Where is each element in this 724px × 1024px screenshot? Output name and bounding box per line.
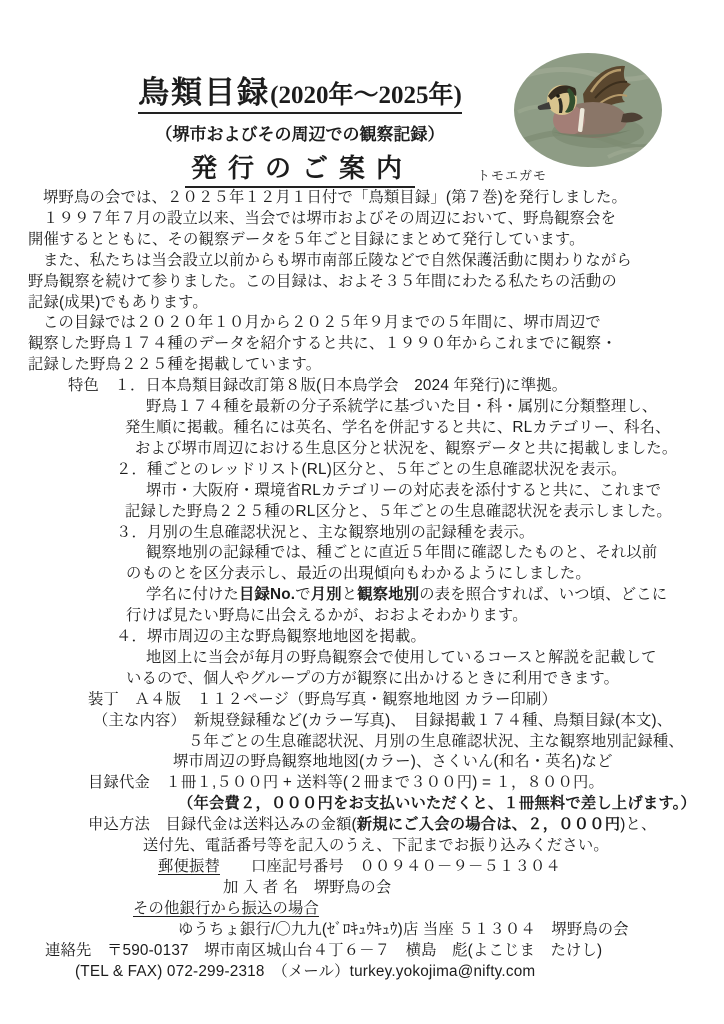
application-line: 申込方法 目録代金は送料込みの金額(新規にご入会の場合は、２，０００円)と、 [28, 815, 698, 836]
by-site-bold: 観察地別 [357, 586, 419, 603]
account-number: 口座記号番号 ００９４０－９－５１３０４ [220, 858, 561, 875]
feature-1-line-2: 発生順に掲載。種名には英名、学名を併記すると共に、RLカテゴリー、科名、 [28, 418, 698, 439]
document-title: 鳥類目録(2020年～2025年) [138, 76, 462, 114]
bank-account-line: ゆうちょ銀行/〇九九(ｾﾞﾛｷｭｳｷｭｳ)店 当座 ５１３０４ 堺野鳥の会 [28, 920, 698, 941]
feature-4-line-2: いるので、個人やグループの方が観察に出かけるときに利用できます。 [28, 669, 698, 690]
application-post: )と、 [620, 816, 656, 833]
catalog-no-bold: 目録No. [239, 586, 295, 603]
intro-line-4: また、私たちは当会設立以前からも堺市南部丘陵などで自然保護活動に関わりながら [28, 251, 698, 272]
feature-3-line-3-mid1: で [295, 586, 311, 603]
header: 鳥類目録(2020年～2025年) （堺市およびその周辺での観察記録） 発行のご… [0, 0, 724, 188]
feature-3-line-2: のものとを区分表示し、最近の出現傾向もわかるようにしました。 [28, 564, 698, 585]
application-pre: 申込方法 目録代金は送料込みの金額( [88, 816, 357, 833]
feature-1-line-1: 野鳥１７４種を最新の分子系統学に基づいた目・科・属別に分類整理し、 [28, 397, 698, 418]
feature-3-line-3-pre: 学名に付けた [146, 586, 239, 603]
price-line: 目録代金 １冊１,５００円 + 送料等(２冊まで３００円) = １，８００円。 [28, 773, 698, 794]
binding-line: 装丁 Ａ４版 １１２ページ（野鳥写真・観察地地図 カラー印刷） [28, 690, 698, 711]
contents-line-1: （主な内容） 新規登録種など(カラー写真)、 目録掲載１７４種、鳥類目録(本文)… [28, 711, 698, 732]
photo-caption: トモエガモ [477, 165, 547, 184]
application-line-2: 送付先、電話番号等を記入のうえ、下記までお振り込みください。 [28, 836, 698, 857]
feature-2-heading: ２．種ごとのレッドリスト(RL)区分と、５年ごとの生息確認状況を表示。 [28, 460, 698, 481]
feature-2-line-2: 記録した野鳥２２５種のRL区分と、５年ごとの生息確認状況を表示しました。 [28, 502, 698, 523]
contents-line-2: ５年ごとの生息確認状況、月別の生息確認状況、主な観察地別記録種、 [28, 732, 698, 753]
new-member-bold: 新規にご入会の場合は、２，０００円 [357, 816, 620, 833]
feature-1-line-3: および堺市周辺における生息区分と状況を、観察データと共に掲載しました。 [28, 439, 698, 460]
title-main: 鳥類目録 [138, 75, 270, 110]
feature-3-heading: ３．月別の生息確認状況と、主な観察地別の記録種を表示。 [28, 523, 698, 544]
postal-transfer-line: 郵便振替 口座記号番号 ００９４０－９－５１３０４ [28, 857, 698, 878]
contents-line-3: 堺市周辺の野鳥観察地地図(カラー)、さくいん(和名・英名)など [28, 752, 698, 773]
postal-transfer-label: 郵便振替 [158, 858, 220, 875]
intro-line-1: 堺野鳥の会では、２０２５年１２月１日付で「鳥類目録」(第７巻)を発行しました。 [28, 188, 698, 209]
feature-4-heading: ４．堺市周辺の主な野鳥観察地地図を掲載。 [28, 627, 698, 648]
intro-line-8: 観察した野鳥１７４種のデータを紹介すると共に、１９９０年からこれまでに観察・ [28, 334, 698, 355]
intro-line-3: 開催するとともに、その観察データを５年ごと目録にまとめて発行しています。 [28, 230, 698, 251]
intro-line-6: 記録(成果)でもあります。 [28, 293, 698, 314]
document-subtitle: （堺市およびその周辺での観察記録） [0, 120, 600, 145]
feature-1-heading: 特色 １．日本鳥類目録改訂第８版(日本鳥学会 2024 年発行)に準拠。 [28, 376, 698, 397]
membership-fee-note: （年会費２，０００円をお支払いいただくと、１冊無料で差し上げます。） [28, 794, 698, 815]
intro-line-7: この目録では２０２０年１０月から２０２５年９月までの５年間に、堺市周辺で [28, 313, 698, 334]
monthly-bold: 月別 [311, 586, 342, 603]
tel-email-line: (TEL & FAX) 072-299-2318 （メール）turkey.yok… [28, 962, 698, 983]
other-bank-heading: その他銀行から振込の場合 [28, 899, 698, 920]
document-body: 堺野鳥の会では、２０２５年１２月１日付で「鳥類目録」(第７巻)を発行しました。 … [28, 188, 698, 982]
feature-3-line-4: 行けば見たい野鳥に出会えるかが、おおよそわかります。 [28, 606, 698, 627]
feature-3-line-3-post: の表を照合すれば、いつ頃、どこに [419, 586, 667, 603]
duck-photo [513, 52, 663, 168]
feature-2-line-1: 堺市・大阪府・環境省RLカテゴリーの対応表を添付すると共に、これまで [28, 481, 698, 502]
feature-3-line-3-mid2: と [342, 586, 358, 603]
page: 鳥類目録(2020年～2025年) （堺市およびその周辺での観察記録） 発行のご… [0, 0, 724, 1024]
other-bank-label: その他銀行から振込の場合 [133, 900, 319, 917]
intro-line-9: 記録した野鳥２２５種を掲載しています。 [28, 355, 698, 376]
contact-line: 連絡先 〒590-0137 堺市南区城山台４丁６－７ 横島 彪(よこじま たけし… [28, 941, 698, 962]
intro-line-5: 野鳥観察を続けて参りました。この目録は、およそ３５年間にわたる私たちの活動の [28, 272, 698, 293]
feature-4-line-1: 地図上に当会が毎月の野鳥観察会で使用しているコースと解説を記載して [28, 648, 698, 669]
account-holder-line: 加 入 者 名 堺野鳥の会 [28, 878, 698, 899]
feature-3-line-3: 学名に付けた目録No.で月別と観察地別の表を照合すれば、いつ頃、どこに [28, 585, 698, 606]
title-years: (2020年～2025年) [270, 82, 462, 109]
announcement-heading: 発行のご案内 [185, 148, 415, 188]
feature-3-line-1: 観察地別の記録種では、種ごとに直近５年間に確認したものと、それ以前 [28, 543, 698, 564]
intro-line-2: １９９７年７月の設立以来、当会では堺市およびその周辺において、野鳥観察会を [28, 209, 698, 230]
